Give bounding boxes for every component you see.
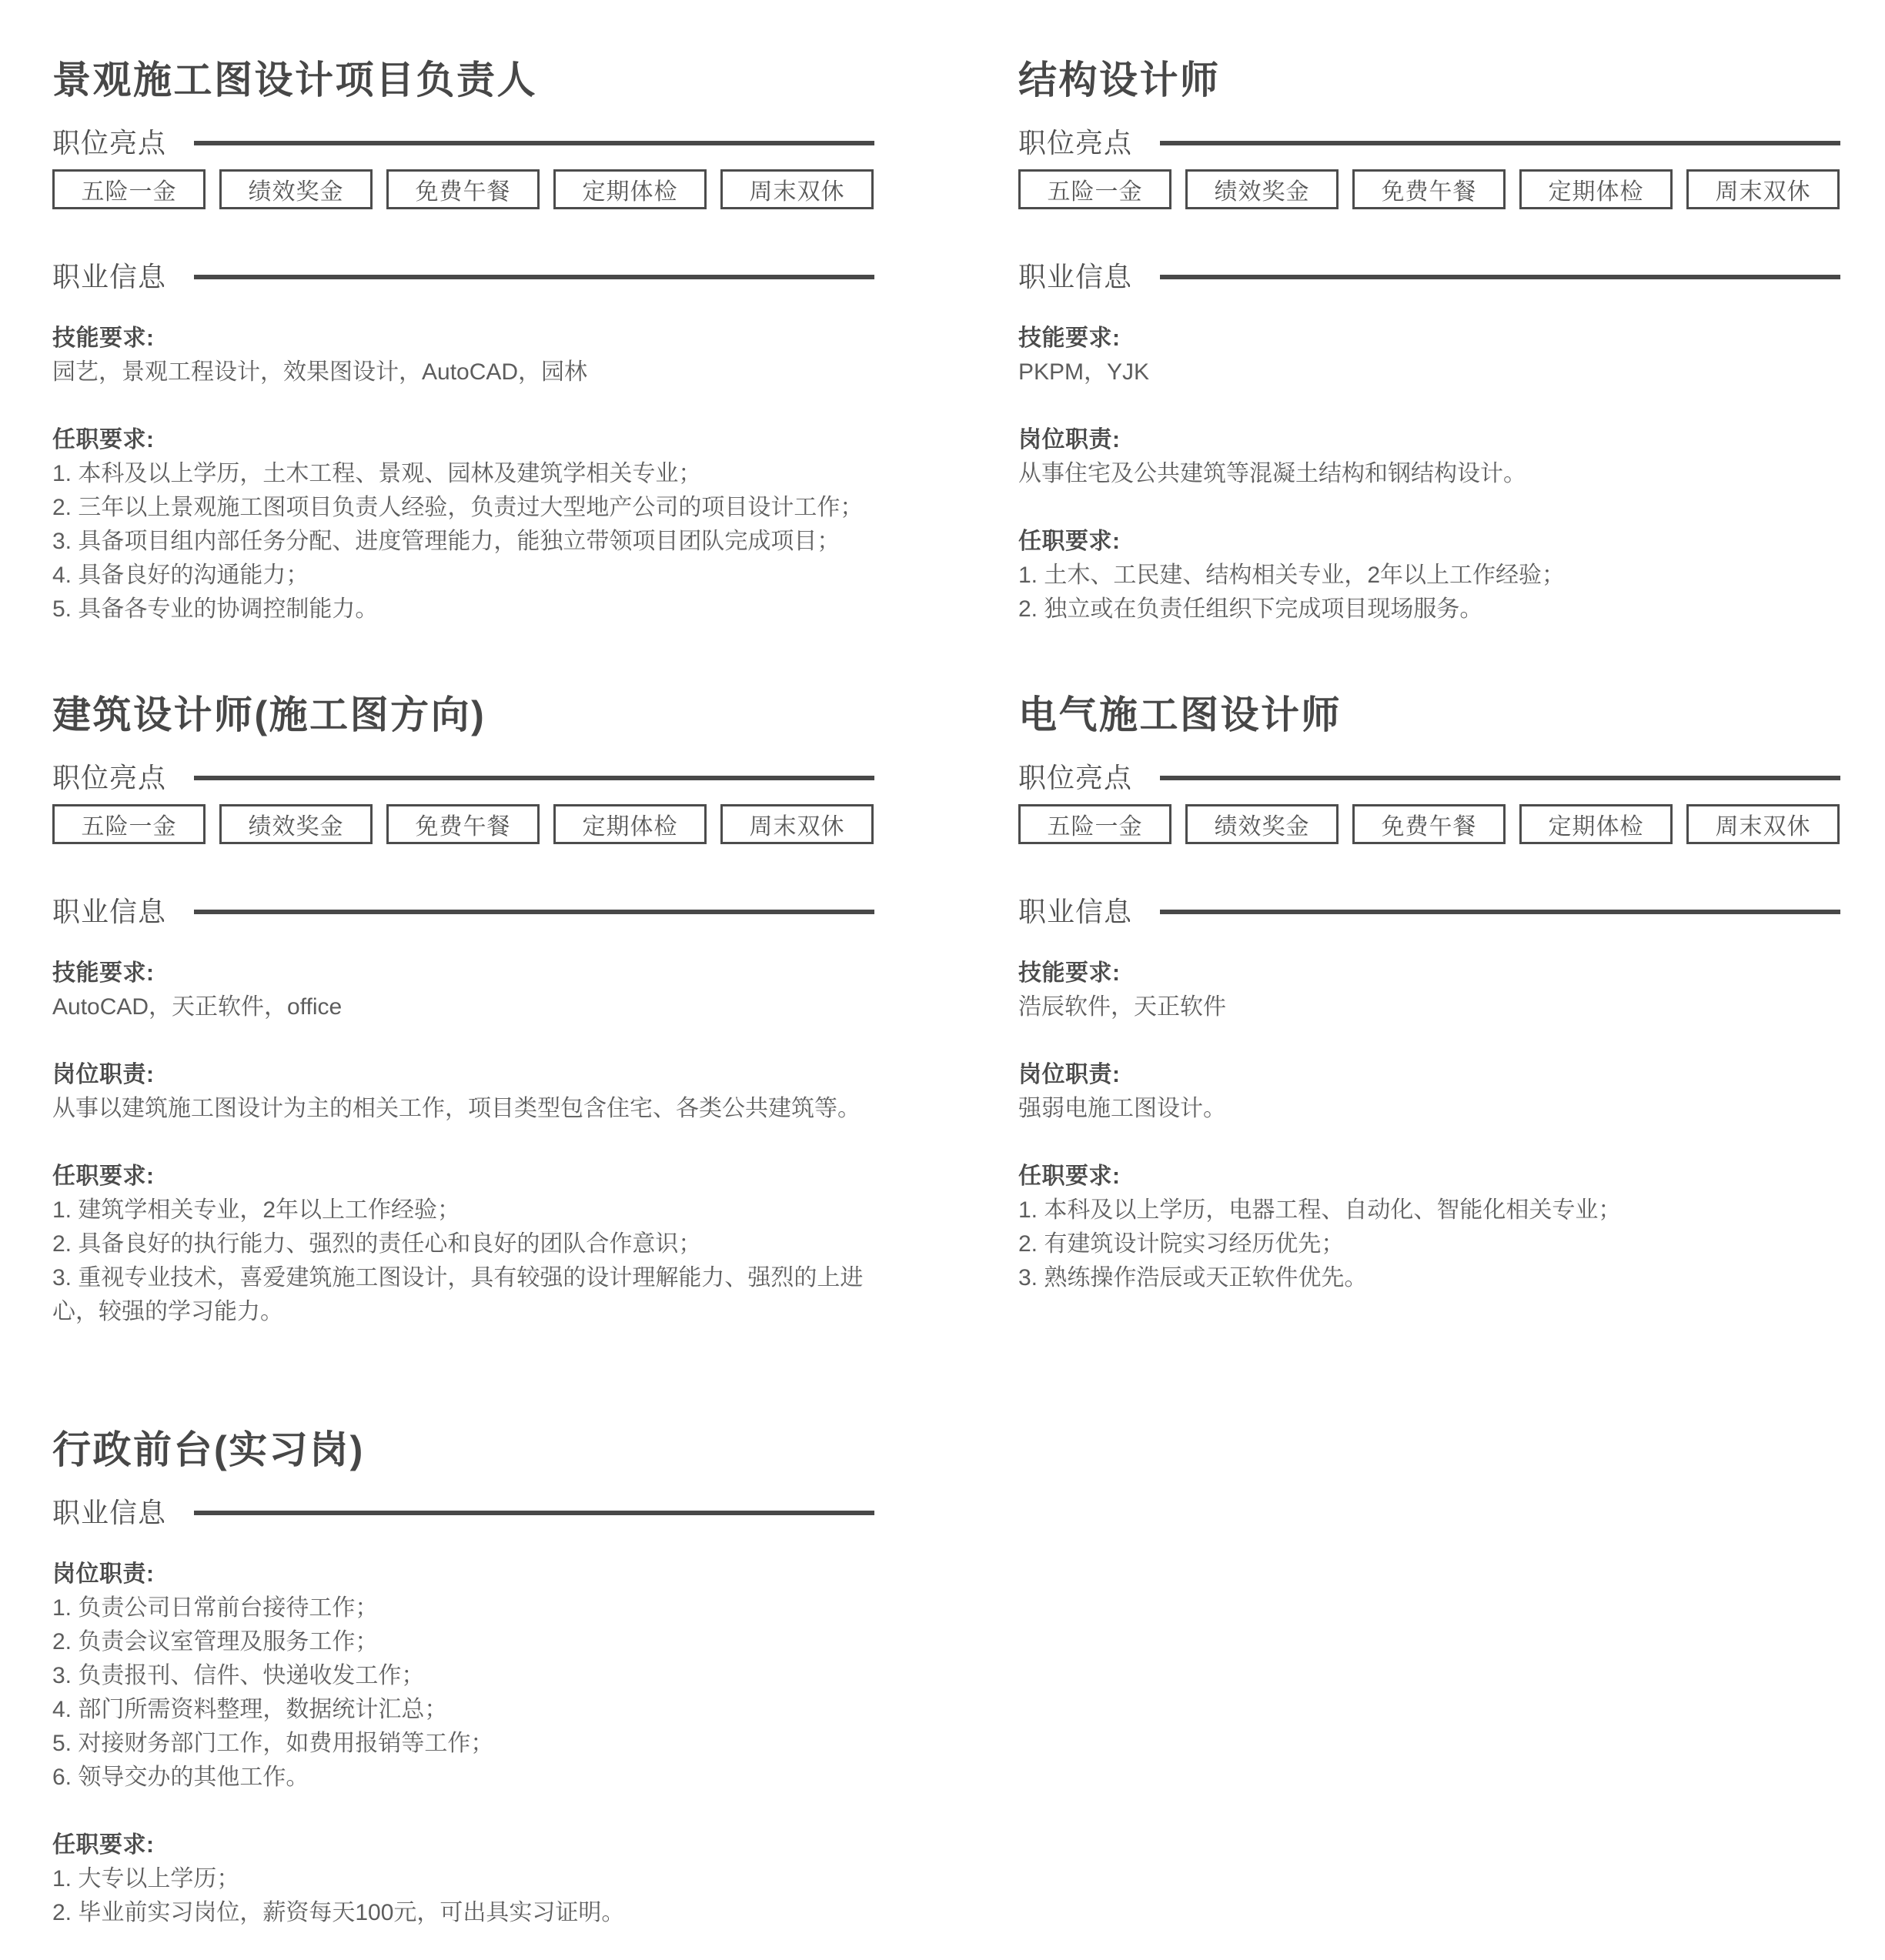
divider-line	[194, 275, 874, 279]
job-title: 电气施工图设计师	[1018, 695, 1840, 735]
highlights-label: 职位亮点	[52, 128, 166, 159]
block-line: PKPM，YJK	[1018, 356, 1840, 389]
benefit-tag: 周末双休	[720, 804, 874, 844]
block-line: 强弱电施工图设计。	[1018, 1092, 1840, 1126]
block-line: 1. 本科及以上学历，电器工程、自动化、智能化相关专业；	[1018, 1194, 1840, 1227]
highlights-section: 职位亮点	[52, 763, 874, 793]
block-heading: 技能要求:	[1018, 322, 1840, 356]
info-blocks: 岗位职责:1. 负责公司日常前台接待工作；2. 负责会议室管理及服务工作；3. …	[52, 1558, 874, 1930]
job-listings-document: 景观施工图设计项目负责人 职位亮点 五险一金绩效奖金免费午餐定期体检周末双休 职…	[0, 0, 1885, 1960]
block-line: 1. 土木、工民建、结构相关专业，2年以上工作经验；	[1018, 559, 1840, 593]
benefit-tag: 免费午餐	[1352, 804, 1506, 844]
job-card: 结构设计师 职位亮点 五险一金绩效奖金免费午餐定期体检周末双休 职业信息 技能要…	[1018, 60, 1840, 695]
benefit-tags: 五险一金绩效奖金免费午餐定期体检周末双休	[1018, 169, 1840, 209]
info-label: 职业信息	[1018, 897, 1132, 927]
block-heading: 岗位职责:	[1018, 423, 1840, 457]
benefit-tags: 五险一金绩效奖金免费午餐定期体检周末双休	[52, 804, 874, 844]
benefit-tag: 五险一金	[52, 804, 206, 844]
divider-line	[194, 141, 874, 145]
benefit-tag: 五险一金	[1018, 169, 1171, 209]
info-section: 职业信息	[52, 262, 874, 292]
block-line: AutoCAD，天正软件，office	[52, 990, 874, 1024]
highlights-label: 职位亮点	[1018, 763, 1132, 793]
benefit-tag: 绩效奖金	[219, 169, 373, 209]
info-block: 技能要求:浩辰软件，天正软件	[1018, 957, 1840, 1024]
info-block: 任职要求:1. 建筑学相关专业，2年以上工作经验；2. 具备良好的执行能力、强烈…	[52, 1160, 874, 1329]
divider-line	[1160, 776, 1840, 780]
divider-line	[1160, 910, 1840, 914]
block-line: 1. 大专以上学历；	[52, 1862, 874, 1896]
job-card: 行政前台(实习岗) 职业信息 岗位职责:1. 负责公司日常前台接待工作；2. 负…	[52, 1430, 874, 1960]
block-heading: 岗位职责:	[52, 1558, 874, 1591]
block-line: 6. 领导交办的其他工作。	[52, 1761, 874, 1795]
info-section: 职业信息	[1018, 897, 1840, 927]
block-line: 3. 熟练操作浩辰或天正软件优先。	[1018, 1261, 1840, 1295]
benefit-tag: 周末双休	[720, 169, 874, 209]
info-block: 技能要求:PKPM，YJK	[1018, 322, 1840, 389]
block-heading: 任职要求:	[52, 1828, 874, 1862]
block-heading: 任职要求:	[1018, 1160, 1840, 1194]
benefit-tag: 五险一金	[52, 169, 206, 209]
job-title: 结构设计师	[1018, 60, 1840, 100]
info-block: 岗位职责:从事住宅及公共建筑等混凝土结构和钢结构设计。	[1018, 423, 1840, 491]
block-line: 2. 毕业前实习岗位，薪资每天100元，可出具实习证明。	[52, 1896, 874, 1930]
info-block: 岗位职责:1. 负责公司日常前台接待工作；2. 负责会议室管理及服务工作；3. …	[52, 1558, 874, 1795]
info-label: 职业信息	[1018, 262, 1132, 292]
benefit-tag: 绩效奖金	[1185, 804, 1339, 844]
job-title: 景观施工图设计项目负责人	[52, 60, 874, 100]
benefit-tag: 绩效奖金	[219, 804, 373, 844]
block-line: 3. 重视专业技术，喜爱建筑施工图设计，具有较强的设计理解能力、强烈的上进心，较…	[52, 1261, 874, 1329]
info-block: 任职要求:1. 大专以上学历；2. 毕业前实习岗位，薪资每天100元，可出具实习…	[52, 1828, 874, 1930]
benefit-tag: 绩效奖金	[1185, 169, 1339, 209]
job-card: 电气施工图设计师 职位亮点 五险一金绩效奖金免费午餐定期体检周末双休 职业信息 …	[1018, 695, 1840, 1430]
divider-line	[194, 1511, 874, 1515]
block-line: 1. 负责公司日常前台接待工作；	[52, 1591, 874, 1625]
info-block: 技能要求:AutoCAD，天正软件，office	[52, 957, 874, 1024]
info-block: 任职要求:1. 土木、工民建、结构相关专业，2年以上工作经验；2. 独立或在负责…	[1018, 525, 1840, 626]
block-line: 从事住宅及公共建筑等混凝土结构和钢结构设计。	[1018, 457, 1840, 491]
block-line: 3. 具备项目组内部任务分配、进度管理能力，能独立带领项目团队完成项目；	[52, 525, 874, 559]
block-heading: 技能要求:	[52, 957, 874, 990]
benefit-tag: 免费午餐	[1352, 169, 1506, 209]
block-line: 3. 负责报刊、信件、快递收发工作；	[52, 1659, 874, 1693]
jobs-grid: 景观施工图设计项目负责人 职位亮点 五险一金绩效奖金免费午餐定期体检周末双休 职…	[52, 60, 1840, 1960]
block-line: 园艺，景观工程设计，效果图设计，AutoCAD，园林	[52, 356, 874, 389]
info-blocks: 技能要求:园艺，景观工程设计，效果图设计，AutoCAD，园林任职要求:1. 本…	[52, 322, 874, 626]
block-line: 2. 三年以上景观施工图项目负责人经验，负责过大型地产公司的项目设计工作；	[52, 491, 874, 525]
job-card: 建筑设计师(施工图方向) 职位亮点 五险一金绩效奖金免费午餐定期体检周末双休 职…	[52, 695, 874, 1430]
info-block: 岗位职责:从事以建筑施工图设计为主的相关工作，项目类型包含住宅、各类公共建筑等。	[52, 1058, 874, 1126]
block-heading: 任职要求:	[1018, 525, 1840, 559]
benefit-tag: 定期体检	[553, 804, 707, 844]
benefit-tag: 定期体检	[1519, 169, 1673, 209]
block-line: 2. 负责会议室管理及服务工作；	[52, 1625, 874, 1659]
block-heading: 技能要求:	[52, 322, 874, 356]
block-heading: 任职要求:	[52, 423, 874, 457]
benefit-tag: 五险一金	[1018, 804, 1171, 844]
block-line: 4. 部门所需资料整理，数据统计汇总；	[52, 1693, 874, 1727]
benefit-tag: 免费午餐	[386, 169, 540, 209]
highlights-label: 职位亮点	[1018, 128, 1132, 159]
info-label: 职业信息	[52, 1498, 166, 1528]
block-line: 从事以建筑施工图设计为主的相关工作，项目类型包含住宅、各类公共建筑等。	[52, 1092, 874, 1126]
info-block: 技能要求:园艺，景观工程设计，效果图设计，AutoCAD，园林	[52, 322, 874, 389]
block-line: 2. 具备良好的执行能力、强烈的责任心和良好的团队合作意识；	[52, 1227, 874, 1261]
job-card: 景观施工图设计项目负责人 职位亮点 五险一金绩效奖金免费午餐定期体检周末双休 职…	[52, 60, 874, 695]
info-block: 任职要求:1. 本科及以上学历，土木工程、景观、园林及建筑学相关专业；2. 三年…	[52, 423, 874, 626]
block-line: 1. 本科及以上学历，土木工程、景观、园林及建筑学相关专业；	[52, 457, 874, 491]
block-line: 5. 具备各专业的协调控制能力。	[52, 593, 874, 626]
block-line: 浩辰软件，天正软件	[1018, 990, 1840, 1024]
benefit-tag: 周末双休	[1686, 169, 1840, 209]
info-block: 岗位职责:强弱电施工图设计。	[1018, 1058, 1840, 1126]
highlights-label: 职位亮点	[52, 763, 166, 793]
block-heading: 岗位职责:	[52, 1058, 874, 1092]
benefit-tag: 定期体检	[1519, 804, 1673, 844]
info-blocks: 技能要求:AutoCAD，天正软件，office岗位职责:从事以建筑施工图设计为…	[52, 957, 874, 1329]
job-title: 行政前台(实习岗)	[52, 1430, 874, 1470]
block-heading: 任职要求:	[52, 1160, 874, 1194]
highlights-section: 职位亮点	[1018, 763, 1840, 793]
info-label: 职业信息	[52, 897, 166, 927]
divider-line	[1160, 275, 1840, 279]
info-section: 职业信息	[1018, 262, 1840, 292]
block-line: 1. 建筑学相关专业，2年以上工作经验；	[52, 1194, 874, 1227]
highlights-section: 职位亮点	[1018, 128, 1840, 159]
benefit-tag: 周末双休	[1686, 804, 1840, 844]
block-line: 4. 具备良好的沟通能力；	[52, 559, 874, 593]
block-line: 2. 有建筑设计院实习经历优先；	[1018, 1227, 1840, 1261]
benefit-tags: 五险一金绩效奖金免费午餐定期体检周末双休	[1018, 804, 1840, 844]
divider-line	[194, 776, 874, 780]
benefit-tag: 免费午餐	[386, 804, 540, 844]
info-section: 职业信息	[52, 1498, 874, 1528]
block-line: 2. 独立或在负责任组织下完成项目现场服务。	[1018, 593, 1840, 626]
info-section: 职业信息	[52, 897, 874, 927]
job-title: 建筑设计师(施工图方向)	[52, 695, 874, 735]
block-line: 5. 对接财务部门工作，如费用报销等工作；	[52, 1727, 874, 1761]
divider-line	[1160, 141, 1840, 145]
block-heading: 岗位职责:	[1018, 1058, 1840, 1092]
info-blocks: 技能要求:PKPM，YJK岗位职责:从事住宅及公共建筑等混凝土结构和钢结构设计。…	[1018, 322, 1840, 626]
benefit-tags: 五险一金绩效奖金免费午餐定期体检周末双休	[52, 169, 874, 209]
info-blocks: 技能要求:浩辰软件，天正软件岗位职责:强弱电施工图设计。任职要求:1. 本科及以…	[1018, 957, 1840, 1295]
info-block: 任职要求:1. 本科及以上学历，电器工程、自动化、智能化相关专业；2. 有建筑设…	[1018, 1160, 1840, 1295]
benefit-tag: 定期体检	[553, 169, 707, 209]
divider-line	[194, 910, 874, 914]
block-heading: 技能要求:	[1018, 957, 1840, 990]
info-label: 职业信息	[52, 262, 166, 292]
highlights-section: 职位亮点	[52, 128, 874, 159]
